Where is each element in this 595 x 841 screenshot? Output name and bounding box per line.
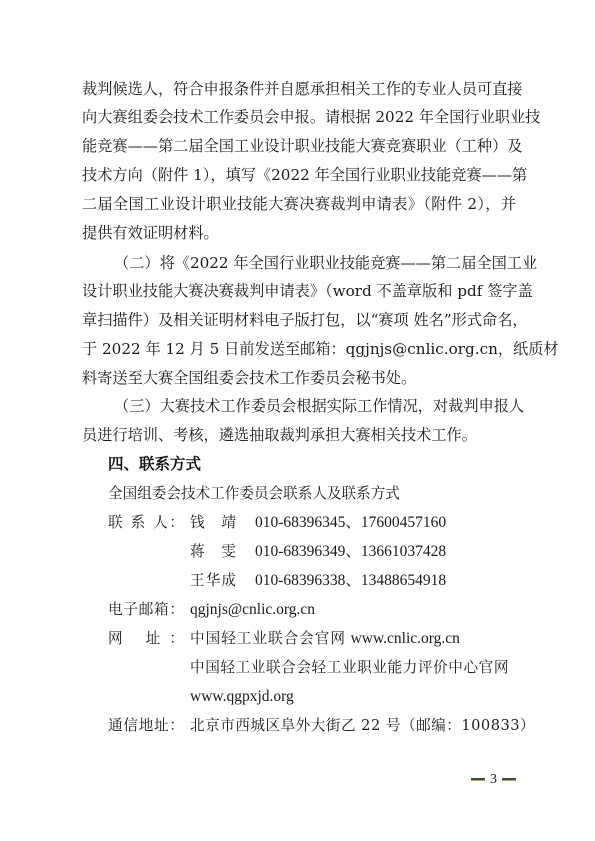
paragraph-2-line-4: 于 2022 年 12 月 5 日前发送至邮箱：qgjnjs@cnlic.org… <box>82 339 516 359</box>
paragraph-3-line-1: （三）大赛技术工作委员会根据实际工作情况，对裁判申报人 <box>114 396 516 416</box>
paragraph-1-line-5: 二届全国工业设计职业技能大赛决赛裁判申请表》（附件 2），并 <box>82 194 516 214</box>
page-number-left-dash <box>471 778 485 781</box>
contact-intro: 全国组委会技术工作委员会联系人及联系方式 <box>108 484 400 504</box>
page-number: 3 <box>466 772 521 788</box>
website-1: 中国轻工业联合会官网 www.cnlic.org.cn <box>190 629 460 649</box>
website-2-name-text: 中国轻工业联合会轻工业职业能力评价中心官网 <box>190 659 509 676</box>
contact-name-2: 蒋 雯 <box>190 542 236 562</box>
paragraph-1-line-1: 裁判候选人，符合申报条件并自愿承担相关工作的专业人员可直接 <box>82 79 516 99</box>
website-label: 网 址： <box>108 629 184 649</box>
email-value: qgjnjs@cnlic.org.cn <box>190 600 315 620</box>
paragraph-1-line-4: 技术方向（附件 1），填写《2022 年全国行业职业技能竞赛——第 <box>82 165 516 185</box>
paragraph-1-line-2: 向大赛组委会技术工作委员会申报。请根据 2022 年全国行业职业技 <box>82 107 516 127</box>
paragraph-3-line-2: 员进行培训、考核，遴选抽取裁判承担大赛相关技术工作。 <box>82 425 516 445</box>
page-number-value: 3 <box>490 772 497 787</box>
website-2-url: www.qgpxjd.org <box>190 687 294 707</box>
paragraph-2-line-5: 料寄送至大赛全国组委会技术工作委员会秘书处。 <box>82 368 516 388</box>
contact-name-1: 钱 靖 <box>190 513 236 533</box>
paragraph-1-line-3: 能竞赛——第二届全国工业设计职业技能大赛竞赛职业（工种）及 <box>82 136 516 156</box>
address-value: 北京市西城区阜外大街乙 22 号（邮编：100833） <box>190 716 535 736</box>
email-label: 电子邮箱： <box>108 600 184 620</box>
website-1-name: 中国轻工业联合会官网 <box>190 630 346 647</box>
address-label: 通信地址： <box>108 716 184 736</box>
contact-phones-3: 010-68396338、13488654918 <box>255 571 446 591</box>
paragraph-2-line-2: 设计职业技能大赛决赛裁判申请表》（word 不盖章版和 pdf 签字盖 <box>82 281 516 301</box>
email-link[interactable]: qgjnjs@cnlic.org.cn <box>190 601 315 618</box>
website-2-url-link[interactable]: www.qgpxjd.org <box>190 688 294 705</box>
contacts-label: 联 系 人： <box>108 513 184 533</box>
contact-phones-1: 010-68396345、17600457160 <box>255 513 446 533</box>
document-page: 裁判候选人，符合申报条件并自愿承担相关工作的专业人员可直接 向大赛组委会技术工作… <box>0 0 595 841</box>
website-2-name: 中国轻工业联合会轻工业职业能力评价中心官网 <box>190 658 509 678</box>
page-number-right-dash <box>502 778 516 781</box>
contact-name-3: 王华成 <box>190 571 236 591</box>
paragraph-1-line-6: 提供有效证明材料。 <box>82 223 516 243</box>
website-1-url[interactable]: www.cnlic.org.cn <box>351 630 460 647</box>
paragraph-2-line-3: 章扫描件）及相关证明材料电子版打包，以“赛项 姓名”形式命名， <box>82 310 516 330</box>
paragraph-2-line-1: （二）将《2022 年全国行业职业技能竞赛——第二届全国工业 <box>114 253 516 273</box>
section-heading-contact: 四、联系方式 <box>108 454 201 474</box>
contact-phones-2: 010-68396349、13661037428 <box>255 542 446 562</box>
